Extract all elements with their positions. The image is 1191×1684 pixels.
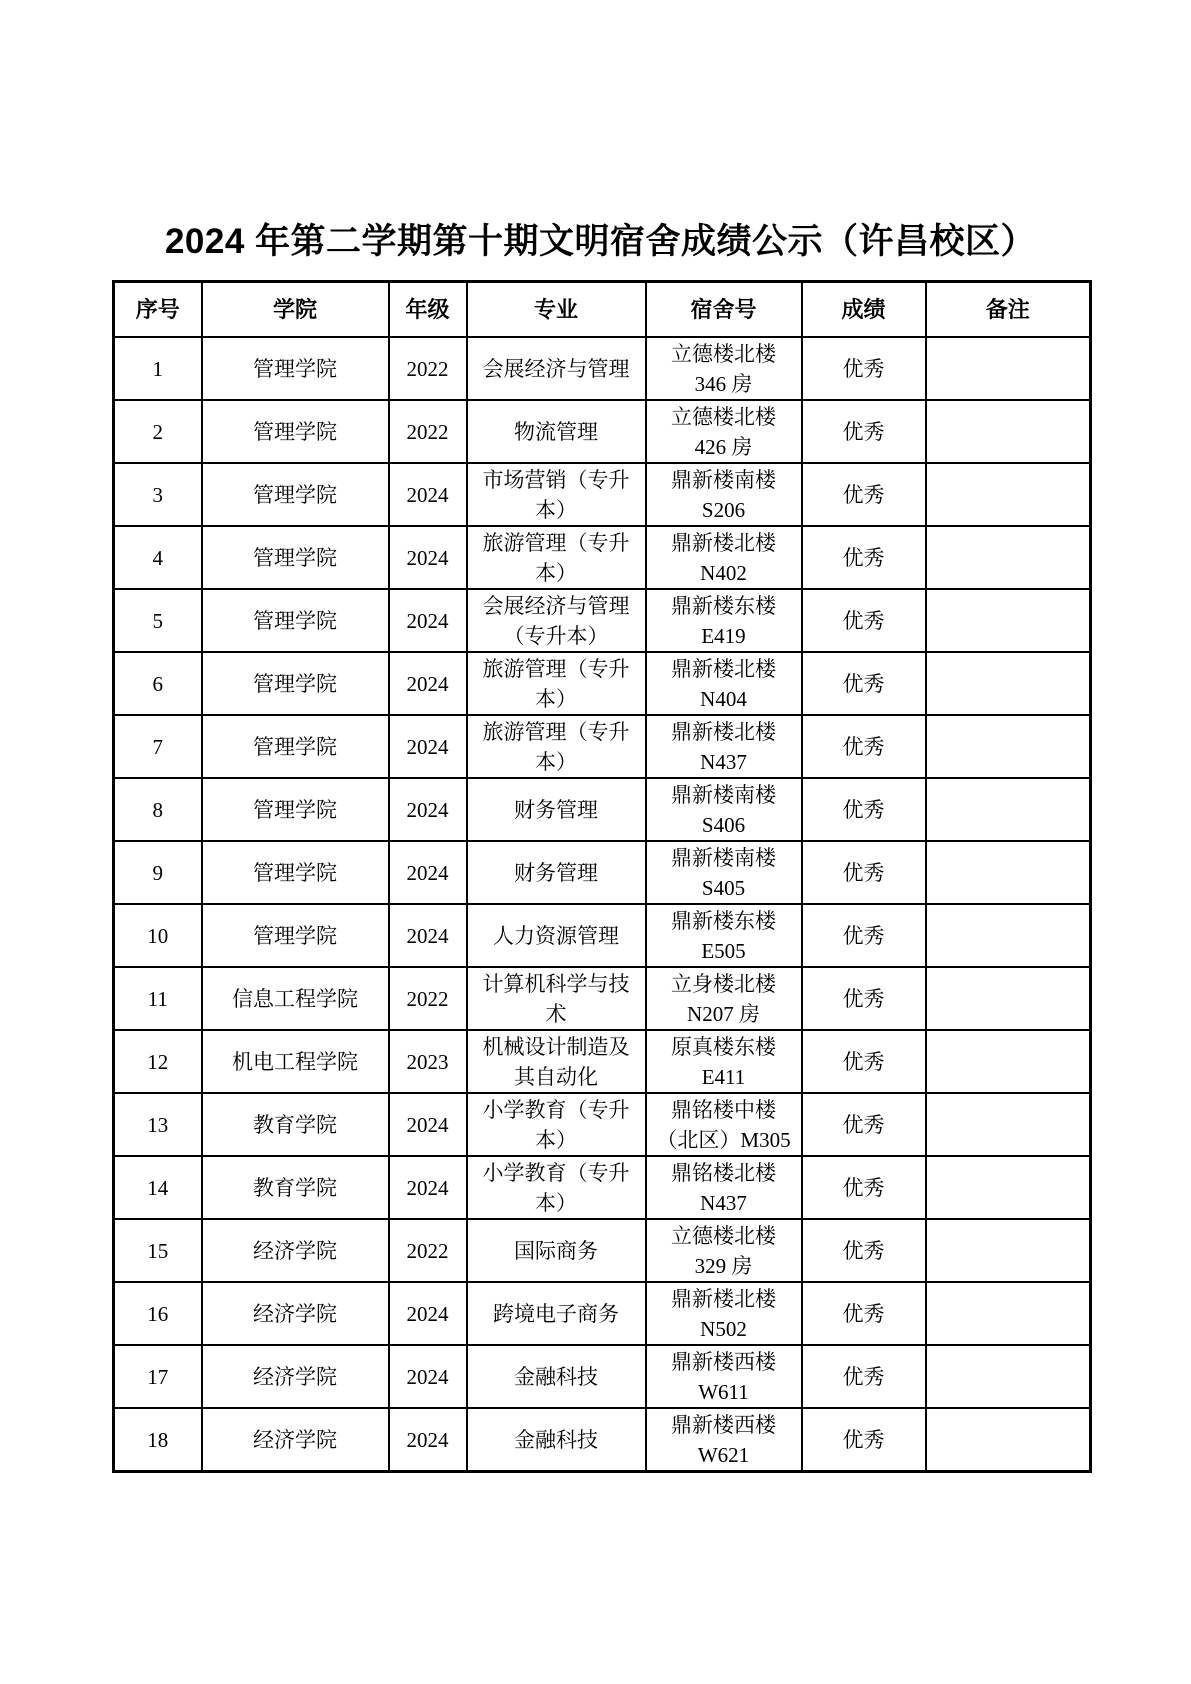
cell-serial-number: 11 bbox=[114, 967, 202, 1030]
major-text: 机械设计制造及其自动化 bbox=[483, 1035, 630, 1089]
college-text: 管理学院 bbox=[253, 672, 337, 696]
cell-college: 管理学院 bbox=[202, 526, 389, 589]
dorm-room-text: W611 bbox=[649, 1377, 799, 1407]
cell-score: 优秀 bbox=[802, 652, 926, 715]
cell-college: 教育学院 bbox=[202, 1093, 389, 1156]
cell-remark bbox=[926, 967, 1091, 1030]
table-row: 16 经济学院 2024 跨境电子商务 鼎新楼北楼 N502 优秀 bbox=[114, 1282, 1091, 1345]
serial-number-text: 7 bbox=[153, 735, 164, 759]
cell-score: 优秀 bbox=[802, 589, 926, 652]
cell-grade: 2024 bbox=[389, 463, 467, 526]
cell-remark bbox=[926, 337, 1091, 400]
cell-remark bbox=[926, 904, 1091, 967]
serial-number-text: 9 bbox=[153, 861, 164, 885]
dorm-building-text: 鼎新楼西楼 bbox=[649, 1410, 799, 1440]
table-row: 2 管理学院 2022 物流管理 立德楼北楼 426 房 优秀 bbox=[114, 400, 1091, 463]
major-text: 小学教育（专升本） bbox=[483, 1098, 630, 1152]
cell-major: 会展经济与管理（专升本） bbox=[467, 589, 646, 652]
college-text: 管理学院 bbox=[253, 735, 337, 759]
cell-grade: 2022 bbox=[389, 400, 467, 463]
dorm-building-text: 鼎新楼东楼 bbox=[649, 591, 799, 621]
serial-number-text: 6 bbox=[153, 672, 164, 696]
cell-major: 市场营销（专升本） bbox=[467, 463, 646, 526]
serial-number-text: 3 bbox=[153, 483, 164, 507]
cell-college: 经济学院 bbox=[202, 1345, 389, 1408]
score-text: 优秀 bbox=[843, 1365, 885, 1389]
cell-grade: 2024 bbox=[389, 1282, 467, 1345]
cell-dorm-number: 鼎新楼南楼 S206 bbox=[646, 463, 802, 526]
grade-text: 2024 bbox=[407, 798, 449, 822]
dorm-building-text: 鼎新楼南楼 bbox=[649, 843, 799, 873]
serial-number-text: 1 bbox=[153, 357, 164, 381]
page-title: 2024 年第二学期第十期文明宿舍成绩公示（许昌校区） bbox=[112, 221, 1089, 263]
cell-score: 优秀 bbox=[802, 1408, 926, 1472]
score-text: 优秀 bbox=[843, 987, 885, 1011]
column-header-grade: 年级 bbox=[389, 282, 467, 338]
column-header-dorm: 宿舍号 bbox=[646, 282, 802, 338]
college-text: 管理学院 bbox=[253, 798, 337, 822]
grade-text: 2024 bbox=[407, 1176, 449, 1200]
major-text: 财务管理 bbox=[514, 861, 598, 885]
table-header-row: 序号学院年级专业宿舍号成绩备注 bbox=[114, 282, 1091, 338]
cell-major: 财务管理 bbox=[467, 778, 646, 841]
table-row: 15 经济学院 2022 国际商务 立德楼北楼 329 房 优秀 bbox=[114, 1219, 1091, 1282]
cell-remark bbox=[926, 1156, 1091, 1219]
dorm-building-text: 鼎新楼北楼 bbox=[649, 654, 799, 684]
cell-remark bbox=[926, 1282, 1091, 1345]
dorm-building-text: 鼎新楼东楼 bbox=[649, 906, 799, 936]
score-text: 优秀 bbox=[843, 420, 885, 444]
grade-text: 2022 bbox=[407, 1239, 449, 1263]
cell-major: 计算机科学与技术 bbox=[467, 967, 646, 1030]
cell-dorm-number: 鼎铭楼中楼 （北区）M305 bbox=[646, 1093, 802, 1156]
table-row: 8 管理学院 2024 财务管理 鼎新楼南楼 S406 优秀 bbox=[114, 778, 1091, 841]
cell-college: 管理学院 bbox=[202, 589, 389, 652]
grade-text: 2024 bbox=[407, 483, 449, 507]
cell-serial-number: 4 bbox=[114, 526, 202, 589]
cell-major: 物流管理 bbox=[467, 400, 646, 463]
cell-serial-number: 8 bbox=[114, 778, 202, 841]
dorm-room-text: N207 房 bbox=[649, 999, 799, 1029]
dorm-building-text: 鼎新楼西楼 bbox=[649, 1347, 799, 1377]
cell-score: 优秀 bbox=[802, 337, 926, 400]
cell-remark bbox=[926, 1030, 1091, 1093]
cell-remark bbox=[926, 463, 1091, 526]
dorm-building-text: 鼎新楼北楼 bbox=[649, 717, 799, 747]
college-text: 教育学院 bbox=[253, 1113, 337, 1137]
grade-text: 2024 bbox=[407, 609, 449, 633]
college-text: 管理学院 bbox=[253, 357, 337, 381]
table-row: 12 机电工程学院 2023 机械设计制造及其自动化 原真楼东楼 E411 优秀 bbox=[114, 1030, 1091, 1093]
grade-text: 2024 bbox=[407, 546, 449, 570]
major-text: 旅游管理（专升本） bbox=[483, 657, 630, 711]
cell-college: 管理学院 bbox=[202, 400, 389, 463]
score-text: 优秀 bbox=[843, 609, 885, 633]
table-row: 17 经济学院 2024 金融科技 鼎新楼西楼 W611 优秀 bbox=[114, 1345, 1091, 1408]
dorm-building-text: 鼎新楼南楼 bbox=[649, 780, 799, 810]
dorm-building-text: 鼎铭楼中楼 bbox=[649, 1095, 799, 1125]
dorm-room-text: N437 bbox=[649, 1188, 799, 1218]
cell-serial-number: 14 bbox=[114, 1156, 202, 1219]
dorm-building-text: 鼎新楼南楼 bbox=[649, 465, 799, 495]
cell-serial-number: 17 bbox=[114, 1345, 202, 1408]
dorm-room-text: （北区）M305 bbox=[649, 1125, 799, 1155]
table-row: 5 管理学院 2024 会展经济与管理（专升本） 鼎新楼东楼 E419 优秀 bbox=[114, 589, 1091, 652]
college-text: 经济学院 bbox=[253, 1302, 337, 1326]
cell-score: 优秀 bbox=[802, 400, 926, 463]
dorm-building-text: 立德楼北楼 bbox=[649, 339, 799, 369]
dorm-room-text: 329 房 bbox=[649, 1251, 799, 1281]
college-text: 信息工程学院 bbox=[232, 987, 358, 1011]
cell-dorm-number: 鼎新楼东楼 E419 bbox=[646, 589, 802, 652]
cell-college: 管理学院 bbox=[202, 841, 389, 904]
serial-number-text: 4 bbox=[153, 546, 164, 570]
grade-text: 2024 bbox=[407, 1302, 449, 1326]
score-text: 优秀 bbox=[843, 357, 885, 381]
dorm-building-text: 鼎新楼北楼 bbox=[649, 1284, 799, 1314]
cell-score: 优秀 bbox=[802, 526, 926, 589]
score-text: 优秀 bbox=[843, 546, 885, 570]
column-header-remark: 备注 bbox=[926, 282, 1091, 338]
cell-serial-number: 12 bbox=[114, 1030, 202, 1093]
cell-grade: 2024 bbox=[389, 841, 467, 904]
cell-score: 优秀 bbox=[802, 1093, 926, 1156]
grade-text: 2022 bbox=[407, 987, 449, 1011]
dorm-room-text: 346 房 bbox=[649, 369, 799, 399]
column-header-serial: 序号 bbox=[114, 282, 202, 338]
major-text: 旅游管理（专升本） bbox=[483, 720, 630, 774]
cell-college: 管理学院 bbox=[202, 778, 389, 841]
cell-major: 金融科技 bbox=[467, 1408, 646, 1472]
cell-serial-number: 2 bbox=[114, 400, 202, 463]
cell-dorm-number: 鼎新楼北楼 N404 bbox=[646, 652, 802, 715]
cell-serial-number: 5 bbox=[114, 589, 202, 652]
major-text: 旅游管理（专升本） bbox=[483, 531, 630, 585]
serial-number-text: 13 bbox=[147, 1113, 168, 1137]
cell-dorm-number: 原真楼东楼 E411 bbox=[646, 1030, 802, 1093]
grade-text: 2024 bbox=[407, 1365, 449, 1389]
major-text: 跨境电子商务 bbox=[493, 1302, 619, 1326]
cell-dorm-number: 鼎新楼西楼 W611 bbox=[646, 1345, 802, 1408]
cell-grade: 2024 bbox=[389, 1093, 467, 1156]
college-text: 经济学院 bbox=[253, 1365, 337, 1389]
serial-number-text: 5 bbox=[153, 609, 164, 633]
cell-college: 管理学院 bbox=[202, 904, 389, 967]
cell-college: 经济学院 bbox=[202, 1282, 389, 1345]
cell-remark bbox=[926, 1219, 1091, 1282]
cell-score: 优秀 bbox=[802, 1156, 926, 1219]
table-row: 6 管理学院 2024 旅游管理（专升本） 鼎新楼北楼 N404 优秀 bbox=[114, 652, 1091, 715]
dorm-building-text: 立德楼北楼 bbox=[649, 402, 799, 432]
college-text: 管理学院 bbox=[253, 546, 337, 570]
cell-major: 旅游管理（专升本） bbox=[467, 652, 646, 715]
table-row: 4 管理学院 2024 旅游管理（专升本） 鼎新楼北楼 N402 优秀 bbox=[114, 526, 1091, 589]
cell-grade: 2022 bbox=[389, 337, 467, 400]
cell-serial-number: 10 bbox=[114, 904, 202, 967]
cell-remark bbox=[926, 400, 1091, 463]
dorm-building-text: 原真楼东楼 bbox=[649, 1032, 799, 1062]
cell-dorm-number: 鼎新楼西楼 W621 bbox=[646, 1408, 802, 1472]
dorm-building-text: 鼎新楼北楼 bbox=[649, 528, 799, 558]
score-text: 优秀 bbox=[843, 1113, 885, 1137]
score-text: 优秀 bbox=[843, 672, 885, 696]
cell-college: 管理学院 bbox=[202, 463, 389, 526]
cell-score: 优秀 bbox=[802, 1345, 926, 1408]
dorm-room-text: N437 bbox=[649, 747, 799, 777]
column-header-college: 学院 bbox=[202, 282, 389, 338]
cell-score: 优秀 bbox=[802, 463, 926, 526]
score-text: 优秀 bbox=[843, 1428, 885, 1452]
dorm-room-text: S405 bbox=[649, 873, 799, 903]
cell-remark bbox=[926, 589, 1091, 652]
table-row: 3 管理学院 2024 市场营销（专升本） 鼎新楼南楼 S206 优秀 bbox=[114, 463, 1091, 526]
score-text: 优秀 bbox=[843, 1239, 885, 1263]
cell-serial-number: 18 bbox=[114, 1408, 202, 1472]
cell-dorm-number: 立身楼北楼 N207 房 bbox=[646, 967, 802, 1030]
cell-grade: 2024 bbox=[389, 778, 467, 841]
major-text: 人力资源管理 bbox=[493, 924, 619, 948]
dorm-score-table: 序号学院年级专业宿舍号成绩备注 1 管理学院 2022 会展经济与管理 立德楼北… bbox=[112, 280, 1092, 1473]
major-text: 财务管理 bbox=[514, 798, 598, 822]
cell-dorm-number: 鼎新楼北楼 N402 bbox=[646, 526, 802, 589]
cell-remark bbox=[926, 526, 1091, 589]
table-row: 1 管理学院 2022 会展经济与管理 立德楼北楼 346 房 优秀 bbox=[114, 337, 1091, 400]
column-header-score: 成绩 bbox=[802, 282, 926, 338]
cell-remark bbox=[926, 1345, 1091, 1408]
grade-text: 2022 bbox=[407, 357, 449, 381]
cell-college: 教育学院 bbox=[202, 1156, 389, 1219]
cell-college: 经济学院 bbox=[202, 1219, 389, 1282]
table-row: 13 教育学院 2024 小学教育（专升本） 鼎铭楼中楼 （北区）M305 优秀 bbox=[114, 1093, 1091, 1156]
cell-score: 优秀 bbox=[802, 1219, 926, 1282]
cell-score: 优秀 bbox=[802, 1282, 926, 1345]
major-text: 小学教育（专升本） bbox=[483, 1161, 630, 1215]
score-text: 优秀 bbox=[843, 924, 885, 948]
cell-college: 管理学院 bbox=[202, 652, 389, 715]
dorm-room-text: E411 bbox=[649, 1062, 799, 1092]
dorm-building-text: 立德楼北楼 bbox=[649, 1221, 799, 1251]
cell-score: 优秀 bbox=[802, 967, 926, 1030]
dorm-room-text: N502 bbox=[649, 1314, 799, 1344]
major-text: 国际商务 bbox=[514, 1239, 598, 1263]
score-text: 优秀 bbox=[843, 1302, 885, 1326]
grade-text: 2024 bbox=[407, 861, 449, 885]
college-text: 教育学院 bbox=[253, 1176, 337, 1200]
dorm-building-text: 鼎铭楼北楼 bbox=[649, 1158, 799, 1188]
cell-serial-number: 3 bbox=[114, 463, 202, 526]
cell-dorm-number: 立德楼北楼 426 房 bbox=[646, 400, 802, 463]
grade-text: 2022 bbox=[407, 420, 449, 444]
college-text: 经济学院 bbox=[253, 1239, 337, 1263]
serial-number-text: 14 bbox=[147, 1176, 168, 1200]
cell-college: 管理学院 bbox=[202, 337, 389, 400]
column-header-major: 专业 bbox=[467, 282, 646, 338]
cell-dorm-number: 立德楼北楼 329 房 bbox=[646, 1219, 802, 1282]
serial-number-text: 18 bbox=[147, 1428, 168, 1452]
cell-dorm-number: 鼎新楼南楼 S406 bbox=[646, 778, 802, 841]
cell-grade: 2024 bbox=[389, 526, 467, 589]
cell-grade: 2024 bbox=[389, 904, 467, 967]
cell-score: 优秀 bbox=[802, 1030, 926, 1093]
cell-serial-number: 16 bbox=[114, 1282, 202, 1345]
cell-grade: 2022 bbox=[389, 967, 467, 1030]
cell-grade: 2024 bbox=[389, 1156, 467, 1219]
major-text: 市场营销（专升本） bbox=[483, 468, 630, 522]
cell-college: 经济学院 bbox=[202, 1408, 389, 1472]
cell-grade: 2022 bbox=[389, 1219, 467, 1282]
table-row: 9 管理学院 2024 财务管理 鼎新楼南楼 S405 优秀 bbox=[114, 841, 1091, 904]
cell-college: 信息工程学院 bbox=[202, 967, 389, 1030]
cell-grade: 2024 bbox=[389, 652, 467, 715]
serial-number-text: 17 bbox=[147, 1365, 168, 1389]
cell-major: 小学教育（专升本） bbox=[467, 1093, 646, 1156]
dorm-room-text: S406 bbox=[649, 810, 799, 840]
dorm-room-text: N402 bbox=[649, 558, 799, 588]
serial-number-text: 12 bbox=[147, 1050, 168, 1074]
dorm-room-text: N404 bbox=[649, 684, 799, 714]
cell-score: 优秀 bbox=[802, 904, 926, 967]
cell-major: 金融科技 bbox=[467, 1345, 646, 1408]
cell-major: 财务管理 bbox=[467, 841, 646, 904]
cell-score: 优秀 bbox=[802, 841, 926, 904]
cell-major: 机械设计制造及其自动化 bbox=[467, 1030, 646, 1093]
cell-dorm-number: 鼎新楼北楼 N437 bbox=[646, 715, 802, 778]
college-text: 机电工程学院 bbox=[232, 1050, 358, 1074]
cell-grade: 2024 bbox=[389, 1408, 467, 1472]
college-text: 管理学院 bbox=[253, 924, 337, 948]
table-row: 14 教育学院 2024 小学教育（专升本） 鼎铭楼北楼 N437 优秀 bbox=[114, 1156, 1091, 1219]
grade-text: 2024 bbox=[407, 735, 449, 759]
serial-number-text: 11 bbox=[148, 987, 168, 1011]
cell-remark bbox=[926, 778, 1091, 841]
grade-text: 2024 bbox=[407, 672, 449, 696]
major-text: 会展经济与管理（专升本） bbox=[483, 594, 630, 648]
cell-dorm-number: 鼎新楼南楼 S405 bbox=[646, 841, 802, 904]
table-row: 18 经济学院 2024 金融科技 鼎新楼西楼 W621 优秀 bbox=[114, 1408, 1091, 1472]
score-text: 优秀 bbox=[843, 1176, 885, 1200]
cell-major: 会展经济与管理 bbox=[467, 337, 646, 400]
cell-remark bbox=[926, 841, 1091, 904]
cell-major: 人力资源管理 bbox=[467, 904, 646, 967]
table-row: 10 管理学院 2024 人力资源管理 鼎新楼东楼 E505 优秀 bbox=[114, 904, 1091, 967]
cell-dorm-number: 鼎铭楼北楼 N437 bbox=[646, 1156, 802, 1219]
serial-number-text: 16 bbox=[147, 1302, 168, 1326]
dorm-room-text: E419 bbox=[649, 621, 799, 651]
cell-grade: 2024 bbox=[389, 715, 467, 778]
cell-score: 优秀 bbox=[802, 715, 926, 778]
cell-remark bbox=[926, 715, 1091, 778]
grade-text: 2023 bbox=[407, 1050, 449, 1074]
score-text: 优秀 bbox=[843, 861, 885, 885]
cell-remark bbox=[926, 652, 1091, 715]
dorm-room-text: E505 bbox=[649, 936, 799, 966]
college-text: 管理学院 bbox=[253, 483, 337, 507]
dorm-room-text: S206 bbox=[649, 495, 799, 525]
cell-serial-number: 15 bbox=[114, 1219, 202, 1282]
cell-dorm-number: 立德楼北楼 346 房 bbox=[646, 337, 802, 400]
score-text: 优秀 bbox=[843, 1050, 885, 1074]
major-text: 物流管理 bbox=[514, 420, 598, 444]
cell-remark bbox=[926, 1093, 1091, 1156]
grade-text: 2024 bbox=[407, 1428, 449, 1452]
dorm-room-text: W621 bbox=[649, 1440, 799, 1470]
cell-major: 国际商务 bbox=[467, 1219, 646, 1282]
cell-major: 小学教育（专升本） bbox=[467, 1156, 646, 1219]
dorm-room-text: 426 房 bbox=[649, 432, 799, 462]
cell-college: 管理学院 bbox=[202, 715, 389, 778]
major-text: 金融科技 bbox=[514, 1428, 598, 1452]
cell-major: 跨境电子商务 bbox=[467, 1282, 646, 1345]
cell-major: 旅游管理（专升本） bbox=[467, 526, 646, 589]
document-page: 2024 年第二学期第十期文明宿舍成绩公示（许昌校区） 序号学院年级专业宿舍号成… bbox=[0, 0, 1191, 1684]
cell-grade: 2024 bbox=[389, 1345, 467, 1408]
cell-serial-number: 13 bbox=[114, 1093, 202, 1156]
college-text: 管理学院 bbox=[253, 420, 337, 444]
grade-text: 2024 bbox=[407, 924, 449, 948]
cell-grade: 2024 bbox=[389, 589, 467, 652]
major-text: 会展经济与管理 bbox=[483, 357, 630, 381]
score-text: 优秀 bbox=[843, 483, 885, 507]
college-text: 管理学院 bbox=[253, 609, 337, 633]
cell-serial-number: 9 bbox=[114, 841, 202, 904]
table-row: 11 信息工程学院 2022 计算机科学与技术 立身楼北楼 N207 房 优秀 bbox=[114, 967, 1091, 1030]
cell-grade: 2023 bbox=[389, 1030, 467, 1093]
cell-score: 优秀 bbox=[802, 778, 926, 841]
cell-dorm-number: 鼎新楼北楼 N502 bbox=[646, 1282, 802, 1345]
serial-number-text: 10 bbox=[147, 924, 168, 948]
score-text: 优秀 bbox=[843, 735, 885, 759]
serial-number-text: 8 bbox=[153, 798, 164, 822]
dorm-building-text: 立身楼北楼 bbox=[649, 969, 799, 999]
cell-serial-number: 7 bbox=[114, 715, 202, 778]
cell-college: 机电工程学院 bbox=[202, 1030, 389, 1093]
cell-remark bbox=[926, 1408, 1091, 1472]
serial-number-text: 15 bbox=[147, 1239, 168, 1263]
cell-major: 旅游管理（专升本） bbox=[467, 715, 646, 778]
score-text: 优秀 bbox=[843, 798, 885, 822]
cell-serial-number: 6 bbox=[114, 652, 202, 715]
cell-serial-number: 1 bbox=[114, 337, 202, 400]
serial-number-text: 2 bbox=[153, 420, 164, 444]
cell-dorm-number: 鼎新楼东楼 E505 bbox=[646, 904, 802, 967]
college-text: 管理学院 bbox=[253, 861, 337, 885]
major-text: 计算机科学与技术 bbox=[483, 972, 630, 1026]
major-text: 金融科技 bbox=[514, 1365, 598, 1389]
grade-text: 2024 bbox=[407, 1113, 449, 1137]
table-row: 7 管理学院 2024 旅游管理（专升本） 鼎新楼北楼 N437 优秀 bbox=[114, 715, 1091, 778]
college-text: 经济学院 bbox=[253, 1428, 337, 1452]
